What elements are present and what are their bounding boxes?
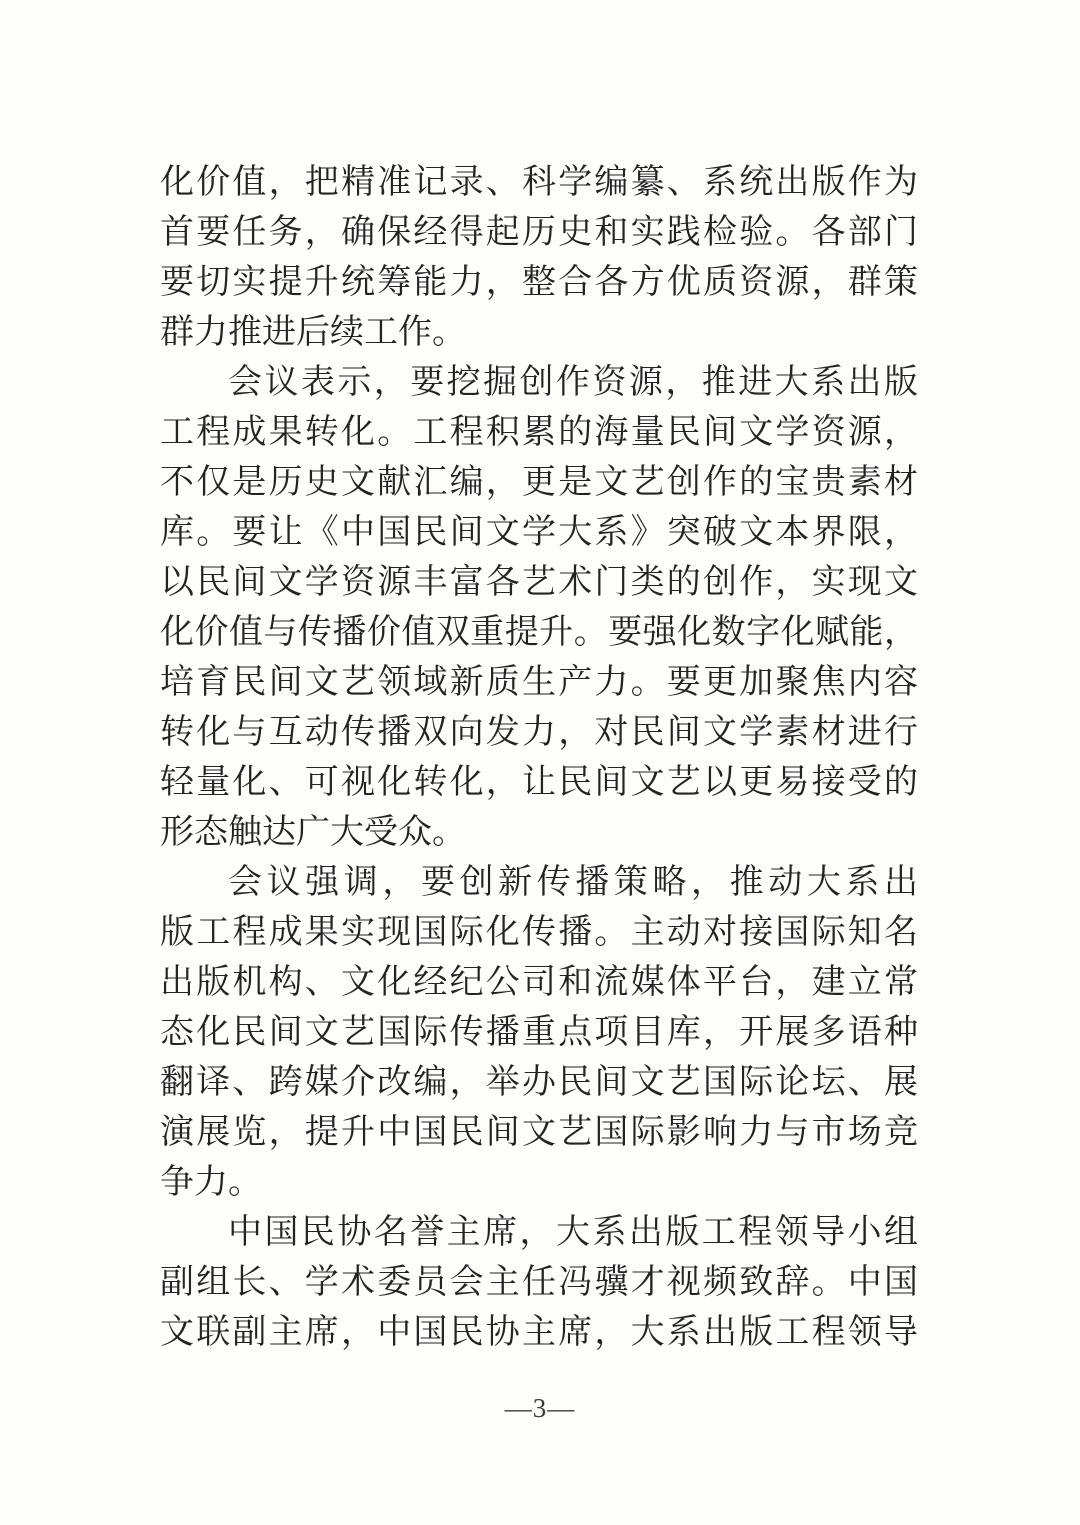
body-line: 中国民协名誉主席，大系出版工程领导小组 (160, 1208, 918, 1258)
body-line: 会议强调，要创新传播策略，推动大系出 (160, 858, 918, 908)
paragraph-4: 中国民协名誉主席，大系出版工程领导小组 副组长、学术委员会主任冯骥才视频致辞。中… (160, 1208, 918, 1358)
body-line: 出版机构、文化经纪公司和流媒体平台，建立常 (160, 958, 918, 1008)
body-line: 培育民间文艺领域新质生产力。要更加聚焦内容 (160, 658, 918, 708)
body-line: 库。要让《中国民间文学大系》突破文本界限， (160, 508, 918, 558)
document-page: 化价值，把精准记录、科学编纂、系统出版作为 首要任务，确保经得起历史和实践检验。… (0, 0, 1080, 1525)
body-line: 副组长、学术委员会主任冯骥才视频致辞。中国 (160, 1258, 918, 1308)
body-line: 要切实提升统筹能力，整合各方优质资源，群策 (160, 258, 918, 308)
body-line: 版工程成果实现国际化传播。主动对接国际知名 (160, 908, 918, 958)
paragraph-1: 化价值，把精准记录、科学编纂、系统出版作为 首要任务，确保经得起历史和实践检验。… (160, 158, 918, 358)
paragraph-2: 会议表示，要挖掘创作资源，推进大系出版 工程成果转化。工程积累的海量民间文学资源… (160, 358, 918, 858)
body-line: 化价值与传播价值双重提升。要强化数字化赋能， (160, 608, 918, 658)
body-line: 工程成果转化。工程积累的海量民间文学资源， (160, 408, 918, 458)
body-line: 首要任务，确保经得起历史和实践检验。各部门 (160, 208, 918, 258)
body-line: 翻译、跨媒介改编，举办民间文艺国际论坛、展 (160, 1058, 918, 1108)
page-number: —3— (0, 1393, 1080, 1424)
body-line: 化价值，把精准记录、科学编纂、系统出版作为 (160, 158, 918, 208)
body-line: 争力。 (160, 1158, 918, 1208)
body-line: 转化与互动传播双向发力，对民间文学素材进行 (160, 708, 918, 758)
body-line: 轻量化、可视化转化，让民间文艺以更易接受的 (160, 758, 918, 808)
body-line: 文联副主席，中国民协主席，大系出版工程领导 (160, 1308, 918, 1358)
paragraph-3: 会议强调，要创新传播策略，推动大系出 版工程成果实现国际化传播。主动对接国际知名… (160, 858, 918, 1208)
body-line: 会议表示，要挖掘创作资源，推进大系出版 (160, 358, 918, 408)
document-body: 化价值，把精准记录、科学编纂、系统出版作为 首要任务，确保经得起历史和实践检验。… (160, 158, 918, 1358)
body-line: 态化民间文艺国际传播重点项目库，开展多语种 (160, 1008, 918, 1058)
body-line: 演展览，提升中国民间文艺国际影响力与市场竞 (160, 1108, 918, 1158)
body-line: 不仅是历史文献汇编，更是文艺创作的宝贵素材 (160, 458, 918, 508)
body-line: 群力推进后续工作。 (160, 308, 918, 358)
body-line: 以民间文学资源丰富各艺术门类的创作，实现文 (160, 558, 918, 608)
body-line: 形态触达广大受众。 (160, 808, 918, 858)
